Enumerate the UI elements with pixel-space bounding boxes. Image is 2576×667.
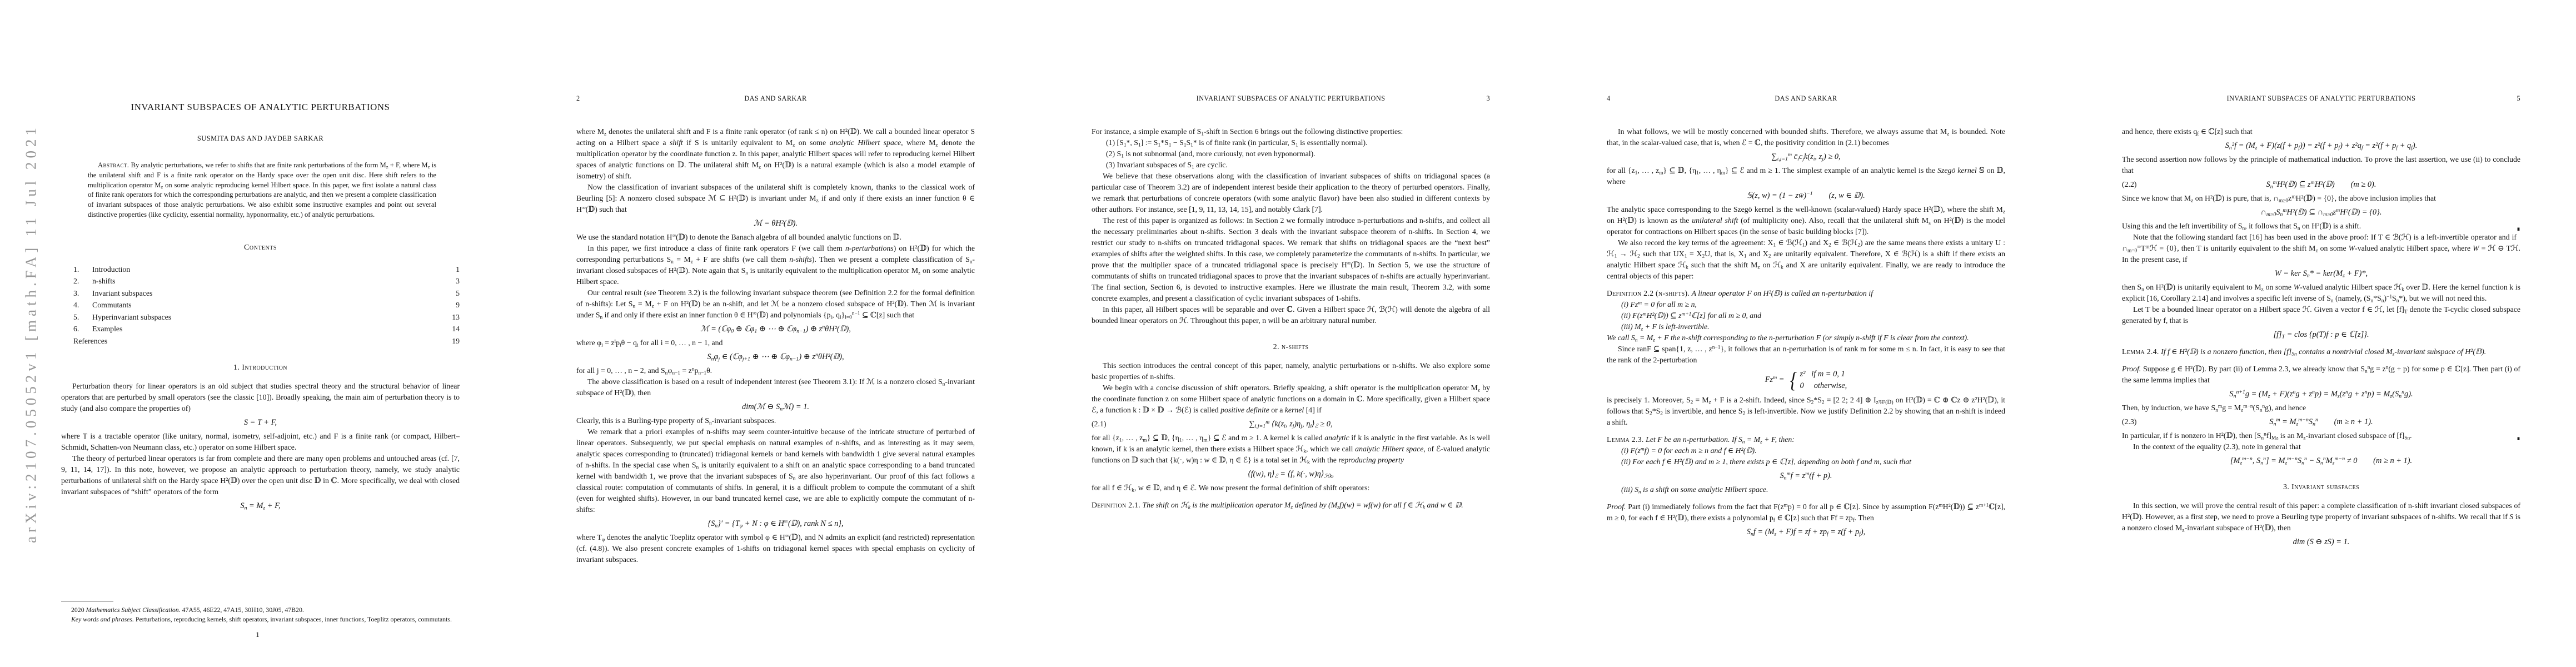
paragraph-text: In this paper, all Hilbert spaces will b… — [1092, 305, 1490, 325]
paragraph: for all {z1, … , zm} ⊆ 𝔻, {η1, … , ηm} ⊆… — [1607, 165, 2005, 187]
page: arXiv:2107.05052v1 [math.FA] 11 Jul 2021… — [0, 0, 515, 667]
paragraph-text: We believe that these observations along… — [1092, 172, 1490, 213]
equation-text: ∑i,j=1m c̄icjk(zi, zj) ≥ 0, — [1771, 152, 1840, 161]
header-page-number-right: 5 — [2502, 94, 2520, 103]
footnote-text: 2020 Mathematics Subject Classification.… — [71, 606, 304, 614]
toc-label: Introduction — [92, 263, 435, 276]
abstract: Abstract. By analytic perturbations, we … — [88, 161, 436, 220]
theorem-text: Let F be an n-perturbation. If Sn = Mz +… — [1646, 435, 1795, 444]
theorem-label: Definition 2.1. — [1092, 501, 1140, 509]
toc-page: 14 — [435, 323, 460, 335]
toc-page: 1 — [435, 263, 460, 276]
display-equation: ∩m≥0SnmH²(𝔻) ⊆ ∩m≥0zmH²(𝔻) = {0}. — [2122, 207, 2520, 218]
toc-label: Commutants — [92, 299, 435, 311]
display-equation: dim (S ⊖ zS) = 1. — [2122, 536, 2520, 547]
paragraph-text: Then, by induction, we have Snmg = Mzm−n… — [2122, 404, 2306, 412]
paragraph-text: We remark that a priori examples of n-sh… — [576, 427, 975, 514]
theorem-label: Definition 2.2 (n-shifts). — [1607, 289, 1690, 297]
paragraph: We remark that a priori examples of n-sh… — [576, 426, 975, 515]
display-equation: Snmf = zm(f + p). — [1607, 470, 2005, 481]
abstract-label: Abstract. — [98, 161, 129, 169]
equation-text: 𝕊(z, w) = (1 − zw̄)−1 (z, w ∈ 𝔻). — [1747, 191, 1865, 200]
paragraph-text: for all j = 0, … , n − 2, and Snφn−1 = z… — [576, 366, 712, 375]
display-equation: S = T + F, — [61, 417, 460, 428]
page-content: In what follows, we will be mostly conce… — [1607, 126, 2005, 537]
list-item-text: (3) Invariant subspaces of S1 are cyclic… — [1106, 161, 1228, 169]
section-heading: 2. n-shifts — [1092, 342, 1490, 353]
display-equation: ⟨f(w), η⟩ℰ = ⟨f, k(·, w)η⟩ℋk, — [1092, 469, 1490, 480]
display-equation: {Sn}′ = {Tφ + N : φ ∈ H∞(𝔻), rank N ≤ n}… — [576, 518, 975, 529]
toc-number: 5. — [73, 311, 92, 323]
equation-text: W = ker Sn* = ker(Mz + F)*, — [2275, 269, 2368, 278]
equation-text: {Sn}′ = {Tφ + N : φ ∈ H∞(𝔻), rank N ≤ n}… — [707, 519, 843, 528]
qed-mark: ∎ — [2517, 223, 2520, 235]
equation-text: Snf = (Mz + F)f = zf + zpf = z(f + pf), — [1747, 527, 1866, 536]
theorem-label: Lemma 2.4. — [2122, 347, 2159, 356]
paragraph: then Sn on H²(𝔻) is unitarily equivalent… — [2122, 282, 2520, 304]
equation-text: S = T + F, — [244, 418, 277, 427]
paragraph-text: for all {z1, … , zm} ⊆ 𝔻, {η1, … , ηm} ⊆… — [1092, 434, 1490, 464]
equation-text: Snφj ∈ (ℂφj+1 ⊕ ⋯ ⊕ ℂφn−1) ⊕ znθH²(𝔻), — [707, 352, 844, 361]
paragraph: Since ranF ⊆ span{1, z, … , zn−1}, it fo… — [1607, 344, 2005, 366]
proof: Proof. Part (i) immediately follows from… — [1607, 501, 2005, 524]
paragraph: Since we know that Mz on H²(𝔻) is pure, … — [2122, 193, 2520, 204]
running-head: INVARIANT SUBSPACES OF ANALYTIC PERTURBA… — [1110, 94, 1471, 103]
display-equation: Snn+1g = (Mz + F)(zng + znp) = Mz(zng + … — [2122, 389, 2520, 400]
section-heading: 1. Introduction — [61, 362, 460, 374]
paragraph-text: The analytic space corresponding to the … — [1607, 205, 2005, 236]
list-item: (ii) For each f ∈ H²(𝔻) and m ≥ 1, there… — [1607, 456, 2005, 467]
toc-number: 4. — [73, 299, 92, 311]
paragraph: The theory of perturbed linear operators… — [61, 453, 460, 497]
toc-label: n-shifts — [92, 275, 435, 287]
theorem: Definition 2.1. The shift on ℋk is the m… — [1092, 500, 1490, 511]
paragraph-text: where Mz denotes the unilateral shift an… — [576, 127, 975, 180]
cases-lhs: Fzm = — [1765, 375, 1785, 384]
paragraph-text: The rest of this paper is organized as f… — [1092, 216, 1490, 302]
list-item: (ii) F(zmH²(𝔻)) ⊆ zm+1ℂ[z] for all m ≥ 0… — [1607, 310, 2005, 321]
toc-number: 2. — [73, 275, 92, 287]
page-header: 2DAS AND SARKAR — [576, 94, 975, 103]
proof: Proof. Suppose g ∈ H²(𝔻). By part (ii) o… — [2122, 364, 2520, 386]
running-head: INVARIANT SUBSPACES OF ANALYTIC PERTURBA… — [2141, 94, 2502, 103]
toc-page: 13 — [435, 311, 460, 323]
equation-text: ℳ = θH²(𝔻). — [754, 219, 798, 228]
display-equation: Snf = (Mz + F)f = zf + zpf = z(f + pf), — [1607, 526, 2005, 537]
page: INVARIANT SUBSPACES OF ANALYTIC PERTURBA… — [1030, 0, 1546, 667]
paragraph-text: This section introduces the central conc… — [1092, 361, 1490, 381]
paragraph: This section introduces the central conc… — [1092, 360, 1490, 382]
paragraph: In this paper, we first introduce a clas… — [576, 243, 975, 287]
toc-row: 4.Commutants9 — [73, 299, 460, 311]
equation-text: Snm = Mzm−nSnn (m ≥ n + 1). — [2269, 417, 2373, 426]
display-equation: ℳ = θH²(𝔻). — [576, 218, 975, 229]
abstract-text: By analytic perturbations, we refer to s… — [88, 161, 436, 218]
equation-text: ℳ = (ℂφ0 ⊕ ℂφ1 ⊕ ⋯ ⊕ ℂφn−1) ⊕ znθH²(𝔻), — [700, 325, 851, 333]
paragraph-text: In this section, we will prove the centr… — [2122, 501, 2520, 532]
document-pages: arXiv:2107.05052v1 [math.FA] 11 Jul 2021… — [0, 0, 2576, 667]
paragraph-text: Perturbation theory for linear operators… — [61, 382, 460, 412]
arxiv-watermark: arXiv:2107.05052v1 [math.FA] 11 Jul 2021 — [23, 124, 40, 543]
paragraph-text: then Sn on H²(𝔻) is unitarily equivalent… — [2122, 283, 2520, 302]
theorem-label: Lemma 2.3. — [1607, 435, 1644, 444]
paragraph-text: The theory of perturbed linear operators… — [61, 454, 460, 496]
paragraph: We call Sn = Mz + F the n-shift correspo… — [1607, 332, 2005, 344]
cases-line: 0 otherwise, — [1800, 380, 1847, 392]
paragraph-text: Our central result (see Theorem 3.2) is … — [576, 288, 975, 319]
running-head: DAS AND SARKAR — [1626, 94, 1986, 103]
toc-label: Invariant subspaces — [92, 287, 435, 300]
paragraph-text: In the context of the equality (2.3), no… — [2133, 442, 2301, 451]
paragraph: The rest of this paper is organized as f… — [1092, 215, 1490, 304]
paragraph-text: In particular, if f is nonzero in H²(𝔻),… — [2122, 431, 2412, 440]
proof-label: Proof. — [2122, 365, 2141, 373]
paragraph: The above classification is based on a r… — [576, 376, 975, 399]
paragraph-text: Clearly, this is a Burling-type property… — [576, 416, 776, 425]
proof-label: Proof. — [1607, 502, 1626, 511]
display-equation: ∑i,j=1m c̄icjk(zi, zj) ≥ 0, — [1607, 151, 2005, 162]
toc-number: 6. — [73, 323, 92, 335]
footnote: 2020 Mathematics Subject Classification.… — [61, 601, 459, 625]
toc-page: 3 — [435, 275, 460, 287]
display-equation: (2.1)∑i,j=1m ⟨k(zi, zj)ηj, ηi⟩ℰ ≥ 0, — [1092, 419, 1490, 430]
cases-column: z² if m = 0, 10 otherwise, — [1800, 369, 1847, 392]
paragraph: where Mz denotes the unilateral shift an… — [576, 126, 975, 182]
list-item: (i) F(zmf) = 0 for each m ≥ n and f ∈ H²… — [1607, 445, 2005, 456]
paragraph: for all j = 0, … , n − 2, and Snφn−1 = z… — [576, 365, 975, 376]
paragraph: Clearly, this is a Burling-type property… — [576, 415, 975, 426]
paragraph-text: We also record the key terms of the agre… — [1607, 238, 2005, 280]
theorem-text: A linear operator F on H²(𝔻) is called a… — [1692, 289, 1873, 297]
list-item-text: (2) S1 is not subnormal (and, more curio… — [1106, 150, 1316, 158]
paragraph-text: We use the standard notation H∞(𝔻) to de… — [576, 233, 901, 241]
paragraph: is precisely 1. Moreover, S2 = Mz + F is… — [1607, 395, 2005, 428]
paragraph-text: Now the classification of invariant subs… — [576, 183, 975, 213]
display-equation: Snφj ∈ (ℂφj+1 ⊕ ⋯ ⊕ ℂφn−1) ⊕ znθH²(𝔻), — [576, 351, 975, 362]
paragraph: The analytic space corresponding to the … — [1607, 204, 2005, 237]
paragraph-text: Using this and the left invertibility of… — [2122, 222, 2361, 230]
equation-text: Sn = Mz + F, — [240, 501, 280, 510]
equation-text: ∑i,j=1m ⟨k(zi, zj)ηj, ηi⟩ℰ ≥ 0, — [1249, 420, 1332, 429]
page: 2DAS AND SARKARwhere Mz denotes the unil… — [515, 0, 1030, 667]
paragraph: ∎Using this and the left invertibility o… — [2122, 221, 2520, 232]
theorem-text: If f ∈ H²(𝔻) is a nonzero function, then… — [2161, 347, 2486, 356]
toc-page: 5 — [435, 287, 460, 300]
toc-label: Hyperinvariant subspaces — [92, 311, 435, 323]
toc-row: 5.Hyperinvariant subspaces13 — [73, 311, 460, 323]
paragraph-text: Since we know that Mz on H²(𝔻) is pure, … — [2122, 194, 2436, 202]
paragraph: We also record the key terms of the agre… — [1607, 237, 2005, 282]
paragraph-text: The second assertion now follows by the … — [2122, 155, 2520, 175]
paragraph: We use the standard notation H∞(𝔻) to de… — [576, 232, 975, 243]
equation-text: ⟨f(w), η⟩ℰ = ⟨f, k(·, w)η⟩ℋk, — [1248, 470, 1334, 479]
page-content: and hence, there exists qf ∈ ℂ[z] such t… — [2122, 126, 2520, 547]
paragraph: Then, by induction, we have Snmg = Mzm−n… — [2122, 402, 2520, 414]
list-item-text: (ii) F(zmH²(𝔻)) ⊆ zm+1ℂ[z] for all m ≥ 0… — [1621, 311, 1761, 320]
paragraph: The second assertion now follows by the … — [2122, 154, 2520, 176]
theorem: Definition 2.2 (n-shifts). A linear oper… — [1607, 288, 2005, 299]
equation-text: [f]T = clos {p(T)f : p ∈ ℂ[z]}. — [2273, 330, 2369, 339]
paragraph: ∎In particular, if f is nonzero in H²(𝔻)… — [2122, 430, 2520, 441]
display-equation: Sn = Mz + F, — [61, 500, 460, 511]
toc-number: 1. — [73, 263, 92, 276]
paragraph-text: We call Sn = Mz + F the n-shift correspo… — [1607, 333, 1969, 342]
paragraph: and hence, there exists qf ∈ ℂ[z] such t… — [2122, 126, 2520, 137]
table-of-contents: 1.Introduction12.n-shifts33.Invariant su… — [73, 263, 460, 347]
paragraph-text: Since ranF ⊆ span{1, z, … , zn−1}, it fo… — [1607, 345, 2005, 364]
equation-text: Snmf = zm(f + p). — [1780, 471, 1832, 480]
equation-text: SnmH²(𝔻) ⊆ zmH²(𝔻) (m ≥ 0). — [2266, 180, 2376, 189]
paper-title: INVARIANT SUBSPACES OF ANALYTIC PERTURBA… — [61, 102, 460, 113]
list-item: (i) Fzm = 0 for all m ≥ n, — [1607, 299, 2005, 310]
paragraph-text: For instance, a simple example of S1-shi… — [1092, 127, 1403, 136]
equation-text: [Mzm−n, Snn] = Mzm−nSnn − SnnMzm−n ≠ 0 (… — [2230, 456, 2412, 465]
paragraph: Let T be a bounded linear operator on a … — [2122, 304, 2520, 326]
page: INVARIANT SUBSPACES OF ANALYTIC PERTURBA… — [2061, 0, 2576, 667]
toc-label: Examples — [92, 323, 435, 335]
page-number-bottom: 1 — [0, 630, 515, 639]
page-content: where Mz denotes the unilateral shift an… — [576, 126, 975, 565]
paragraph-text: and hence, there exists qf ∈ ℂ[z] such t… — [2122, 127, 2253, 136]
page-content: For instance, a simple example of S1-shi… — [1092, 126, 1490, 511]
toc-row: 6.Examples14 — [73, 323, 460, 335]
theorem: Lemma 2.4. If f ∈ H²(𝔻) is a nonzero fun… — [2122, 346, 2520, 357]
paragraph: For instance, a simple example of S1-shi… — [1092, 126, 1490, 137]
equation-text: Sn²f = (Mz + F)(z(f + pf)) = z²(f + pf) … — [2225, 141, 2418, 150]
paragraph: Note that the following standard fact [1… — [2122, 232, 2520, 265]
header-page-number-left: 2 — [576, 94, 595, 103]
equation-text: Fzm ={z² if m = 0, 10 otherwise, — [1765, 375, 1847, 384]
paragraph-text: where Tφ denotes the analytic Toeplitz o… — [576, 533, 975, 564]
paragraph-text: In what follows, we will be mostly conce… — [1607, 127, 2005, 147]
display-equation: dim(ℳ ⊖ Snℳ) = 1. — [576, 401, 975, 412]
paragraph: In what follows, we will be mostly conce… — [1607, 126, 2005, 148]
equation-text: dim (S ⊖ zS) = 1. — [2293, 537, 2350, 546]
equation-text: Snn+1g = (Mz + F)(zng + znp) = Mz(zng + … — [2229, 390, 2413, 399]
authors: SUSMITA DAS AND JAYDEB SARKAR — [61, 133, 460, 144]
running-head: DAS AND SARKAR — [595, 94, 956, 103]
paragraph-text: Let T be a bounded linear operator on a … — [2122, 305, 2520, 325]
toc-row: 1.Introduction1 — [73, 263, 460, 276]
proof-text: Part (i) immediately follows from the fa… — [1607, 502, 2005, 522]
toc-page: 19 — [435, 335, 460, 347]
list-item: (iii) Sn is a shift on some analytic Hil… — [1607, 484, 2005, 495]
equation-number: (2.1) — [1092, 419, 1106, 430]
paragraph: In this section, we will prove the centr… — [2122, 500, 2520, 534]
paragraph-text: is precisely 1. Moreover, S2 = Mz + F is… — [1607, 396, 2005, 426]
paragraph-text: We begin with a concise discussion of sh… — [1092, 384, 1490, 414]
paragraph-text: where φi = zipiθ − qi for all i = 0, … ,… — [576, 339, 723, 347]
footnote-rule — [61, 601, 113, 601]
list-item-text: (i) Fzm = 0 for all m ≥ n, — [1621, 300, 1697, 308]
display-equation: [f]T = clos {p(T)f : p ∈ ℂ[z]}. — [2122, 329, 2520, 340]
section-heading: 3. Invariant subspaces — [2122, 482, 2520, 493]
paragraph: In the context of the equality (2.3), no… — [2122, 441, 2520, 452]
equation-number: (2.2) — [2122, 179, 2136, 190]
display-equation: W = ker Sn* = ker(Mz + F)*, — [2122, 268, 2520, 279]
toc-row: 3.Invariant subspaces5 — [73, 287, 460, 300]
list-item: (2) S1 is not subnormal (and, more curio… — [1092, 148, 1490, 160]
paragraph: We believe that these observations along… — [1092, 171, 1490, 215]
proof-text: Suppose g ∈ H²(𝔻). By part (ii) of Lemma… — [2122, 365, 2520, 384]
display-equation: ℳ = (ℂφ0 ⊕ ℂφ1 ⊕ ⋯ ⊕ ℂφn−1) ⊕ znθH²(𝔻), — [576, 323, 975, 335]
qed-mark: ∎ — [2517, 433, 2520, 444]
equation-number: (2.3) — [2122, 416, 2136, 427]
toc-label: References — [73, 335, 435, 347]
paragraph: We begin with a concise discussion of sh… — [1092, 382, 1490, 416]
paragraph-text: for all f ∈ ℋk, w ∈ 𝔻, and η ∈ ℰ. We now… — [1092, 484, 1369, 492]
display-equation: Sn²f = (Mz + F)(z(f + pf)) = z²(f + pf) … — [2122, 140, 2520, 151]
list-item: (iii) Mz + F is left-invertible. — [1607, 321, 2005, 332]
toc-row: References19 — [73, 335, 460, 347]
display-equation: [Mzm−n, Snn] = Mzm−nSnn − SnnMzm−n ≠ 0 (… — [2122, 455, 2520, 466]
toc-row: 2.n-shifts3 — [73, 275, 460, 287]
header-page-number-left: 4 — [1607, 94, 1626, 103]
paragraph: In this paper, all Hilbert spaces will b… — [1092, 304, 1490, 326]
list-item: (1) [S1*, S1] := S1*S1 − S1S1* is of fin… — [1092, 137, 1490, 148]
paragraph: for all {z1, … , zm} ⊆ 𝔻, {η1, … , ηm} ⊆… — [1092, 432, 1490, 466]
toc-page: 9 — [435, 299, 460, 311]
page-header: INVARIANT SUBSPACES OF ANALYTIC PERTURBA… — [2122, 94, 2520, 103]
cases-brace: { — [1790, 375, 1797, 386]
paragraph: where T is a tractable operator (like un… — [61, 431, 460, 453]
display-equation: 𝕊(z, w) = (1 − zw̄)−1 (z, w ∈ 𝔻). — [1607, 190, 2005, 201]
footnote-text: Key words and phrases. Perturbations, re… — [71, 615, 452, 623]
equation-text: ∩m≥0SnmH²(𝔻) ⊆ ∩m≥0zmH²(𝔻) = {0}. — [2261, 208, 2382, 217]
paragraph: where Tφ denotes the analytic Toeplitz o… — [576, 532, 975, 565]
toc-number: 3. — [73, 287, 92, 300]
page-content: INVARIANT SUBSPACES OF ANALYTIC PERTURBA… — [61, 102, 460, 511]
paragraph: Now the classification of invariant subs… — [576, 182, 975, 215]
list-item-text: (i) F(zmf) = 0 for each m ≥ n and f ∈ H²… — [1621, 446, 1757, 455]
page-header: INVARIANT SUBSPACES OF ANALYTIC PERTURBA… — [1092, 94, 1490, 103]
paragraph: where φi = zipiθ − qi for all i = 0, … ,… — [576, 337, 975, 349]
display-equation: (2.2)SnmH²(𝔻) ⊆ zmH²(𝔻) (m ≥ 0). — [2122, 179, 2520, 190]
paragraph-text: Note that the following standard fact [1… — [2122, 233, 2520, 263]
theorem: Lemma 2.3. Let F be an n-perturbation. I… — [1607, 434, 2005, 445]
list-item: (3) Invariant subspaces of S1 are cyclic… — [1092, 160, 1490, 171]
contents-heading: Contents — [61, 242, 460, 253]
paragraph-text: In this paper, we first introduce a clas… — [576, 244, 975, 286]
list-item-text: (iii) Sn is a shift on some analytic Hil… — [1621, 485, 1768, 494]
paragraph: Perturbation theory for linear operators… — [61, 381, 460, 414]
header-page-number-right: 3 — [1471, 94, 1490, 103]
list-item-text: (ii) For each f ∈ H²(𝔻) and m ≥ 1, there… — [1621, 457, 1911, 466]
paragraph: for all f ∈ ℋk, w ∈ 𝔻, and η ∈ ℰ. We now… — [1092, 482, 1490, 494]
paragraph-text: The above classification is based on a r… — [576, 377, 975, 397]
display-equation: (2.3)Snm = Mzm−nSnn (m ≥ n + 1). — [2122, 416, 2520, 427]
cases-line: z² if m = 0, 1 — [1800, 369, 1847, 380]
page-header: 4DAS AND SARKAR — [1607, 94, 2005, 103]
equation-text: dim(ℳ ⊖ Snℳ) = 1. — [742, 402, 809, 411]
paragraph-text: where T is a tractable operator (like un… — [61, 432, 460, 451]
list-item-text: (1) [S1*, S1] := S1*S1 − S1S1* is of fin… — [1106, 138, 1368, 147]
footnote-line: 2020 Mathematics Subject Classification.… — [61, 605, 459, 615]
paragraph: Our central result (see Theorem 3.2) is … — [576, 287, 975, 321]
paragraph-text: for all {z1, … , zm} ⊆ 𝔻, {η1, … , ηm} ⊆… — [1607, 166, 2005, 186]
page: 4DAS AND SARKARIn what follows, we will … — [1546, 0, 2061, 667]
cases-equation: Fzm ={z² if m = 0, 10 otherwise, — [1607, 369, 2005, 392]
footnote-line: Key words and phrases. Perturbations, re… — [61, 615, 459, 625]
list-item-text: (iii) Mz + F is left-invertible. — [1621, 322, 1710, 331]
theorem-text: The shift on ℋk is the multiplication op… — [1143, 501, 1463, 509]
